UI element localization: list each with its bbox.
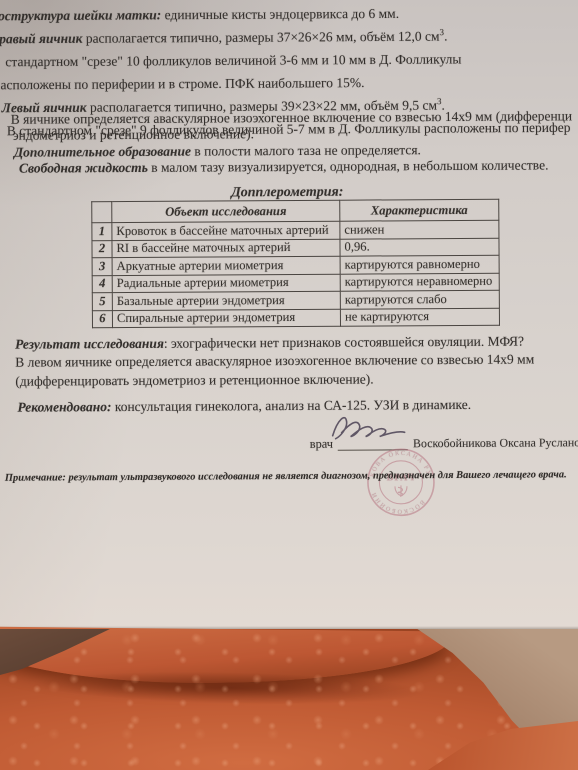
value-cell: картируются равномерно xyxy=(340,255,499,273)
object-cell: Спиральные артерии эндометрия xyxy=(112,309,340,328)
document-paper: оструктура шейки матки: единичные кисты … xyxy=(0,0,578,629)
value-cell: картируются неравномерно xyxy=(340,273,499,291)
row-number: 1 xyxy=(92,223,112,241)
row-number: 3 xyxy=(92,258,112,276)
disclaimer-note: Примечание: результат ультразвукового ис… xyxy=(5,469,567,483)
report-line: равый яичник располагается типично, разм… xyxy=(0,22,570,48)
object-cell: Радиальные артерии миометрия xyxy=(112,274,340,293)
object-cell: Кровоток в бассейне маточных артерий xyxy=(112,221,340,240)
result-paragraph: Результат исследования: эхографически не… xyxy=(15,333,534,391)
value-cell: снижен xyxy=(340,220,499,238)
doctor-label: врач xyxy=(310,437,333,452)
doppler-table: Объект исследования Характеристика 1 Кро… xyxy=(91,199,500,328)
header-cell-characteristic: Характеристика xyxy=(340,199,499,221)
object-cell: Аркуатные артерии миометрия xyxy=(112,256,340,275)
report-line: асположены по периферии и в строме. ПФК … xyxy=(0,68,570,94)
value-cell: 0,96. xyxy=(340,238,499,256)
row-number: 2 xyxy=(92,240,112,258)
report-line: стандартном "срезе" 10 фолликулов величи… xyxy=(5,45,570,71)
header-cell-object: Объект исследования xyxy=(112,200,340,222)
doctor-stamp: КОВА ОКСАНА РУ ВОСКОБОЙНИ ВРАЧ xyxy=(364,444,438,520)
object-cell: Базальные артерии эндометрия xyxy=(112,291,340,310)
result-line: (дифференцировать эндометриоз и ретенцио… xyxy=(15,369,534,390)
caduceus-icon xyxy=(395,485,407,496)
table-header-row: Объект исследования Характеристика xyxy=(92,199,499,222)
table-row: 6 Спиральные артерии эндометрия не карти… xyxy=(92,308,499,328)
row-number: 6 xyxy=(92,310,112,328)
row-number: 4 xyxy=(92,275,112,293)
document-content: оструктура шейки матки: единичные кисты … xyxy=(0,0,578,631)
value-cell: не картируются xyxy=(340,308,499,326)
report-line: Свободная жидкость в малом тазу визуализ… xyxy=(19,157,572,177)
orange-fabric-background xyxy=(0,629,578,770)
header-cell-empty xyxy=(92,202,112,223)
row-number: 5 xyxy=(92,293,112,311)
result-line: В левом яичнике определяется аваскулярно… xyxy=(15,351,534,372)
photo-of-report: оструктура шейки матки: единичные кисты … xyxy=(0,0,578,770)
value-cell: картируются слабо xyxy=(340,290,499,308)
object-cell: RI в бассейне маточных артерий xyxy=(112,239,340,258)
doctor-signature-row: врач Воскобойникова Оксана Руслановна xyxy=(310,435,578,452)
findings-paragraph-bottom: В яичнике определяется аваскулярное изоэ… xyxy=(1,108,573,177)
